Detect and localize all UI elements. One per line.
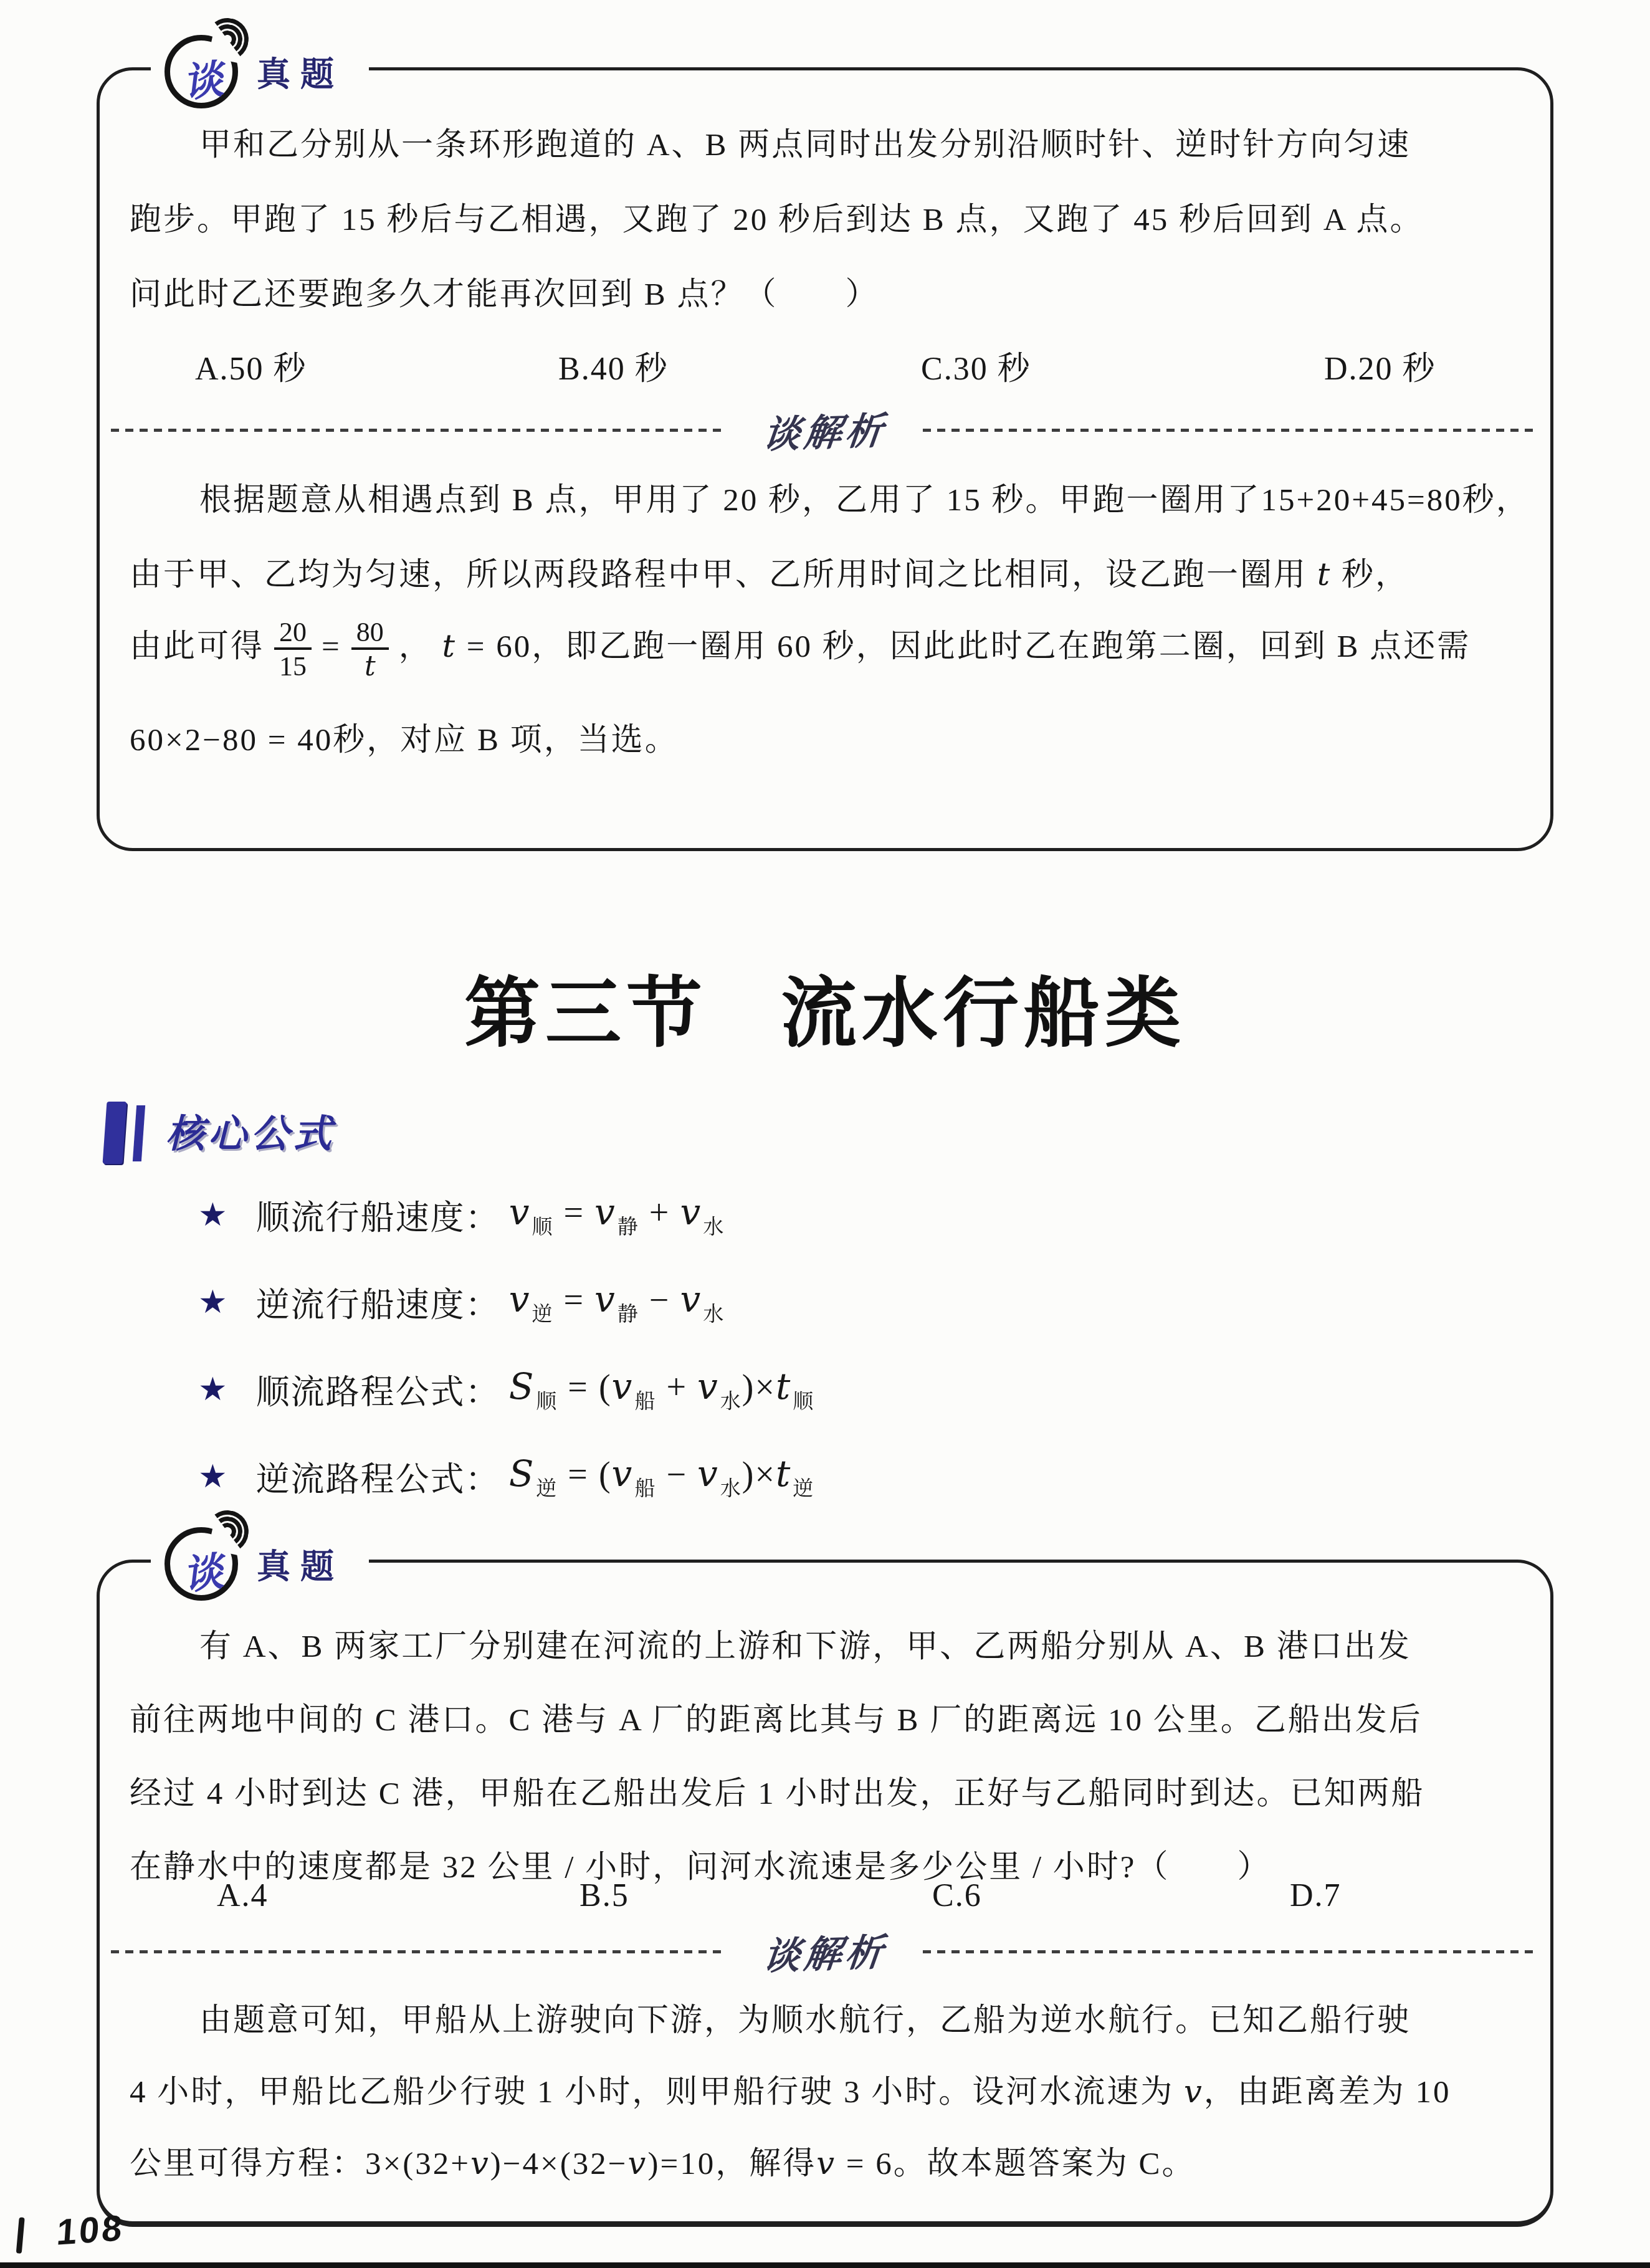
brand-logo: 谈 真题 [151, 34, 369, 109]
formula-label: 逆流路程公式： [256, 1453, 500, 1501]
formula-label: 逆流行船速度： [256, 1279, 500, 1327]
page-bottom-edge [0, 2262, 1650, 2268]
analysis2-line: 由题意可知，甲船从上游驶向下游，为顺水航行，乙船为逆水航行。已知乙船行驶 [130, 1983, 1525, 2058]
option-a: A.50 秒 [195, 332, 558, 407]
footer-tick-mark [16, 2217, 25, 2254]
formula-row: ★ 逆流行船速度： v逆 = v静 − v水 [198, 1271, 725, 1333]
analysis-divider: 谈解析 [111, 1925, 1539, 1978]
analysis-divider-label: 谈解析 [761, 1922, 890, 1980]
page: { "logo": { "char": "谈", "label": "真题" }… [0, 0, 1650, 2268]
analysis2-line: 4 小时，甲船比乙船少行驶 1 小时，则甲船行驶 3 小时。设河水流速为 v，由… [130, 2055, 1525, 2130]
analysis-divider: 谈解析 [111, 404, 1539, 456]
section-name: 流水行船类 [781, 972, 1186, 1056]
analysis1-line: 60×2−80 = 40秒，对应 B 项，当选。 [130, 703, 1525, 778]
formula-label: 顺流行船速度： [256, 1191, 500, 1239]
formula-math: v逆 = v静 − v水 [509, 1278, 725, 1327]
real-question-label: 真题 [257, 48, 344, 96]
formula-row: ★ 顺流路程公式： S顺 = (v船 + v水)×t顺 [198, 1358, 814, 1421]
formula-math: S逆 = (v船 − v水)×t逆 [509, 1452, 815, 1502]
option-a: A.4 [217, 1859, 579, 1933]
core-formula-heading: 核心公式 [105, 1102, 335, 1164]
question2-line: 前往两地中间的 C 港口。C 港与 A 厂的距离比其与 B 厂的距离远 10 公… [130, 1683, 1525, 1758]
analysis1-line: 由此可得2015=80t， t = 60，即乙跑一圈用 60 秒，因此此时乙在跑… [130, 589, 1525, 704]
option-d: D.20 秒 [1324, 332, 1436, 407]
formula-row: ★ 顺流行船速度： v顺 = v静 + v水 [198, 1184, 725, 1246]
star-icon: ★ [198, 1284, 229, 1321]
signal-waves-icon [210, 22, 254, 65]
option-b: B.40 秒 [558, 332, 921, 407]
brand-logo: 谈 真题 [151, 1527, 369, 1601]
formula-math: S顺 = (v船 + v水)×t顺 [509, 1365, 815, 1414]
analysis1-line: 根据题意从相遇点到 B 点，甲用了 20 秒，乙用了 15 秒。甲跑一圈用了15… [130, 463, 1525, 538]
question1-options: A.50 秒 B.40 秒 C.30 秒 D.20 秒 [130, 332, 1525, 407]
question2-line: 经过 4 小时到达 C 港，甲船在乙船出发后 1 小时出发，正好与乙船同时到达。… [130, 1756, 1525, 1831]
question1-line: 甲和乙分别从一条环形跑道的 A、B 两点同时出发分别沿顺时针、逆时针方向匀速 [130, 108, 1525, 183]
question-box-1: 谈 真题 甲和乙分别从一条环形跑道的 A、B 两点同时出发分别沿顺时针、逆时针方… [97, 67, 1553, 851]
option-c: C.30 秒 [921, 332, 1324, 407]
logo-circle-icon: 谈 [165, 35, 238, 108]
star-icon: ★ [198, 1371, 229, 1408]
question-box-2: 谈 真题 有 A、B 两家工厂分别建在河流的上游和下游，甲、乙两船分别从 A、B… [97, 1560, 1553, 2227]
star-icon: ★ [198, 1458, 229, 1495]
divider-dash-right [923, 429, 1539, 432]
heading-bar-icon [133, 1105, 145, 1161]
formula-row: ★ 逆流路程公式： S逆 = (v船 − v水)×t逆 [198, 1446, 814, 1508]
question1-line: 问此时乙还要跑多久才能再次回到 B 点？（ ） [130, 257, 1525, 332]
logo-circle-icon: 谈 [165, 1527, 238, 1601]
real-question-label: 真题 [257, 1540, 344, 1588]
divider-dash-left [111, 1950, 727, 1953]
formula-label: 顺流路程公式： [256, 1366, 500, 1414]
heading-bar-icon [103, 1102, 127, 1164]
option-c: C.6 [932, 1859, 1290, 1933]
divider-dash-right [923, 1950, 1539, 1953]
option-d: D.7 [1290, 1859, 1342, 1933]
section-number: 第三节 [464, 972, 707, 1056]
analysis2-line: 公里可得方程：3×(32+v)−4×(32−v)=10，解得v = 6。故本题答… [130, 2127, 1525, 2201]
question2-line: 有 A、B 两家工厂分别建在河流的上游和下游，甲、乙两船分别从 A、B 港口出发 [130, 1609, 1525, 1684]
page-number: 108 [55, 2207, 126, 2254]
analysis-divider-label: 谈解析 [761, 401, 890, 459]
star-icon: ★ [198, 1196, 229, 1234]
question1-line: 跑步。甲跑了 15 秒后与乙相遇，又跑了 20 秒后到达 B 点，又跑了 45 … [130, 183, 1525, 257]
question2-options: A.4 B.5 C.6 D.7 [130, 1859, 1525, 1933]
formula-math: v顺 = v静 + v水 [509, 1191, 725, 1240]
page-footer: 108 [16, 2207, 126, 2256]
divider-dash-left [111, 429, 727, 432]
section-title: 第三节流水行船类 [0, 952, 1650, 1061]
signal-waves-icon [210, 1514, 254, 1558]
core-formula-title: 核心公式 [166, 1103, 335, 1158]
